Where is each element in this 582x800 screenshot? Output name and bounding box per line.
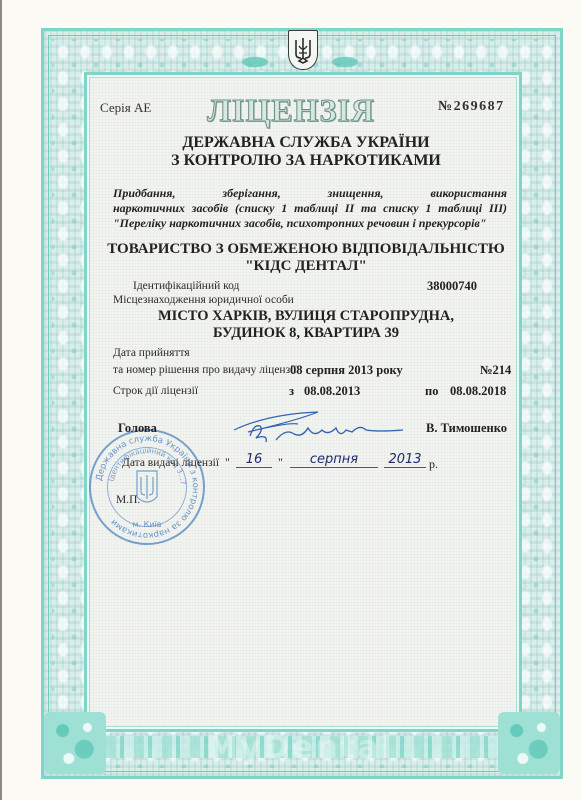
term-to-prefix: по xyxy=(425,384,438,399)
issue-date-label: Дата видачі ліцензії xyxy=(122,457,219,469)
issue-date-close-quote: " xyxy=(278,455,283,470)
issue-date-day: 16 xyxy=(236,452,272,468)
id-code-label: Ідентифікаційний код xyxy=(133,280,239,292)
term-from-date: 08.08.2013 xyxy=(304,384,360,399)
address-line1: МІСТО ХАРКІВ, ВУЛИЦЯ СТАРОПРУДНА, xyxy=(0,308,582,325)
corner-ornament-bottom-right xyxy=(498,712,560,774)
official-stamp: Державна служба України з контролю за на… xyxy=(89,429,205,545)
term-from-prefix: з xyxy=(289,384,294,399)
issue-date-suffix: р. xyxy=(429,457,438,472)
decision-label-line2: та номер рішення про видачу ліцензії xyxy=(113,364,297,376)
issue-date-month: серпня xyxy=(290,452,378,468)
issue-date-year: 2013 xyxy=(384,452,426,468)
decision-label-line1: Дата прийняття xyxy=(113,347,190,359)
license-number: №269687 xyxy=(438,99,505,115)
licensed-activity: Придбання, зберігання, знищення, викорис… xyxy=(113,186,507,231)
address-line2: БУДИНОК 8, КВАРТИРА 39 xyxy=(0,325,582,342)
issue-date-open-quote: " xyxy=(225,455,230,470)
stamp-city: м. Київ xyxy=(133,520,162,529)
issuer-name-line1: ДЕРЖАВНА СЛУЖБА УКРАЇНИ xyxy=(0,134,582,152)
corner-ornament-bottom-left xyxy=(44,712,106,774)
watermark: MyDental xyxy=(170,728,430,766)
issuer-name-line2: З КОНТРОЛЮ ЗА НАРКОТИКАМИ xyxy=(0,152,582,170)
id-code-value: 38000740 xyxy=(427,279,477,294)
head-label: Голова xyxy=(118,421,157,436)
activity-line3: "Переліку наркотичних засобів, психотроп… xyxy=(113,216,507,231)
organization-name-line2: "КІДС ДЕНТАЛ" xyxy=(0,258,582,275)
activity-line1: Придбання, зберігання, знищення, викорис… xyxy=(113,186,507,201)
decision-date: 08 серпня 2013 року xyxy=(290,363,403,378)
address-label: Місцезнаходження юридичної особи xyxy=(113,294,294,306)
term-label: Строк дії ліцензії xyxy=(113,385,198,397)
seal-place-label: М.П. xyxy=(116,494,140,506)
signature-icon xyxy=(228,408,408,448)
decision-number: №214 xyxy=(480,363,511,378)
document-panel xyxy=(84,72,522,732)
term-to-date: 08.08.2018 xyxy=(450,384,506,399)
organization-name-line1: ТОВАРИСТВО З ОБМЕЖЕНОЮ ВІДПОВІДАЛЬНІСТЮ xyxy=(0,241,582,258)
head-name: В. Тимошенко xyxy=(426,421,507,436)
activity-line2: наркотичних засобів (списку 1 таблиці II… xyxy=(113,201,507,216)
trident-coat-of-arms-icon xyxy=(288,30,318,70)
